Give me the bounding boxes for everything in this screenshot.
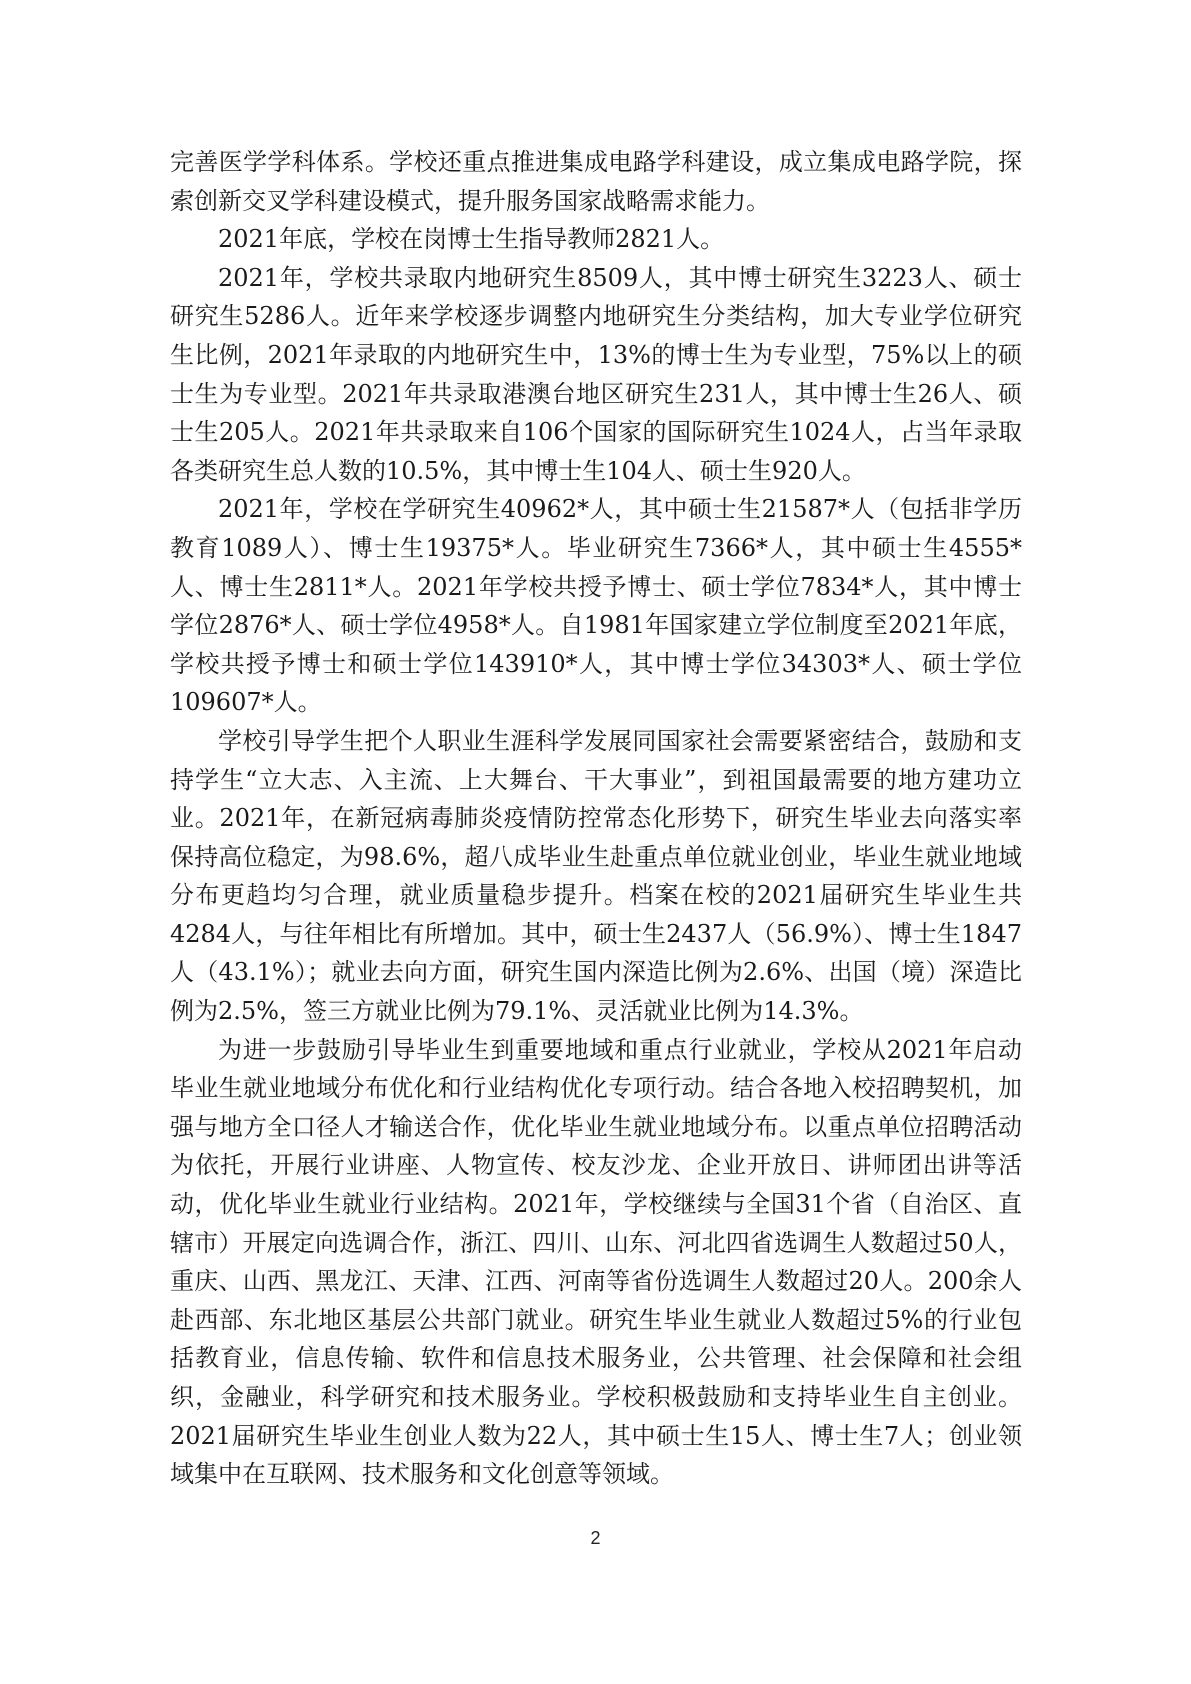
paragraph-discipline-system: 完善医学学科体系。学校还重点推进集成电路学科建设，成立集成电路学院，探索创新交叉… [170,143,1022,220]
paragraph-enrollment-degrees: 2021年，学校在学研究生40962*人，其中硕士生21587*人（包括非学历教… [170,490,1022,722]
paragraph-admissions: 2021年，学校共录取内地研究生8509人，其中博士研究生3223人、硕士研究生… [170,259,1022,491]
paragraph-doctoral-supervisors: 2021年底，学校在岗博士生指导教师2821人。 [170,220,1022,259]
paragraph-employment-outcomes: 学校引导学生把个人职业生涯科学发展同国家社会需要紧密结合，鼓励和支持学生“立大志… [170,722,1022,1031]
paragraph-employment-guidance: 为进一步鼓励引导毕业生到重要地域和重点行业就业，学校从2021年启动毕业生就业地… [170,1031,1022,1494]
page-number: 2 [0,1528,1191,1549]
document-body: 完善医学学科体系。学校还重点推进集成电路学科建设，成立集成电路学院，探索创新交叉… [170,143,1022,1494]
